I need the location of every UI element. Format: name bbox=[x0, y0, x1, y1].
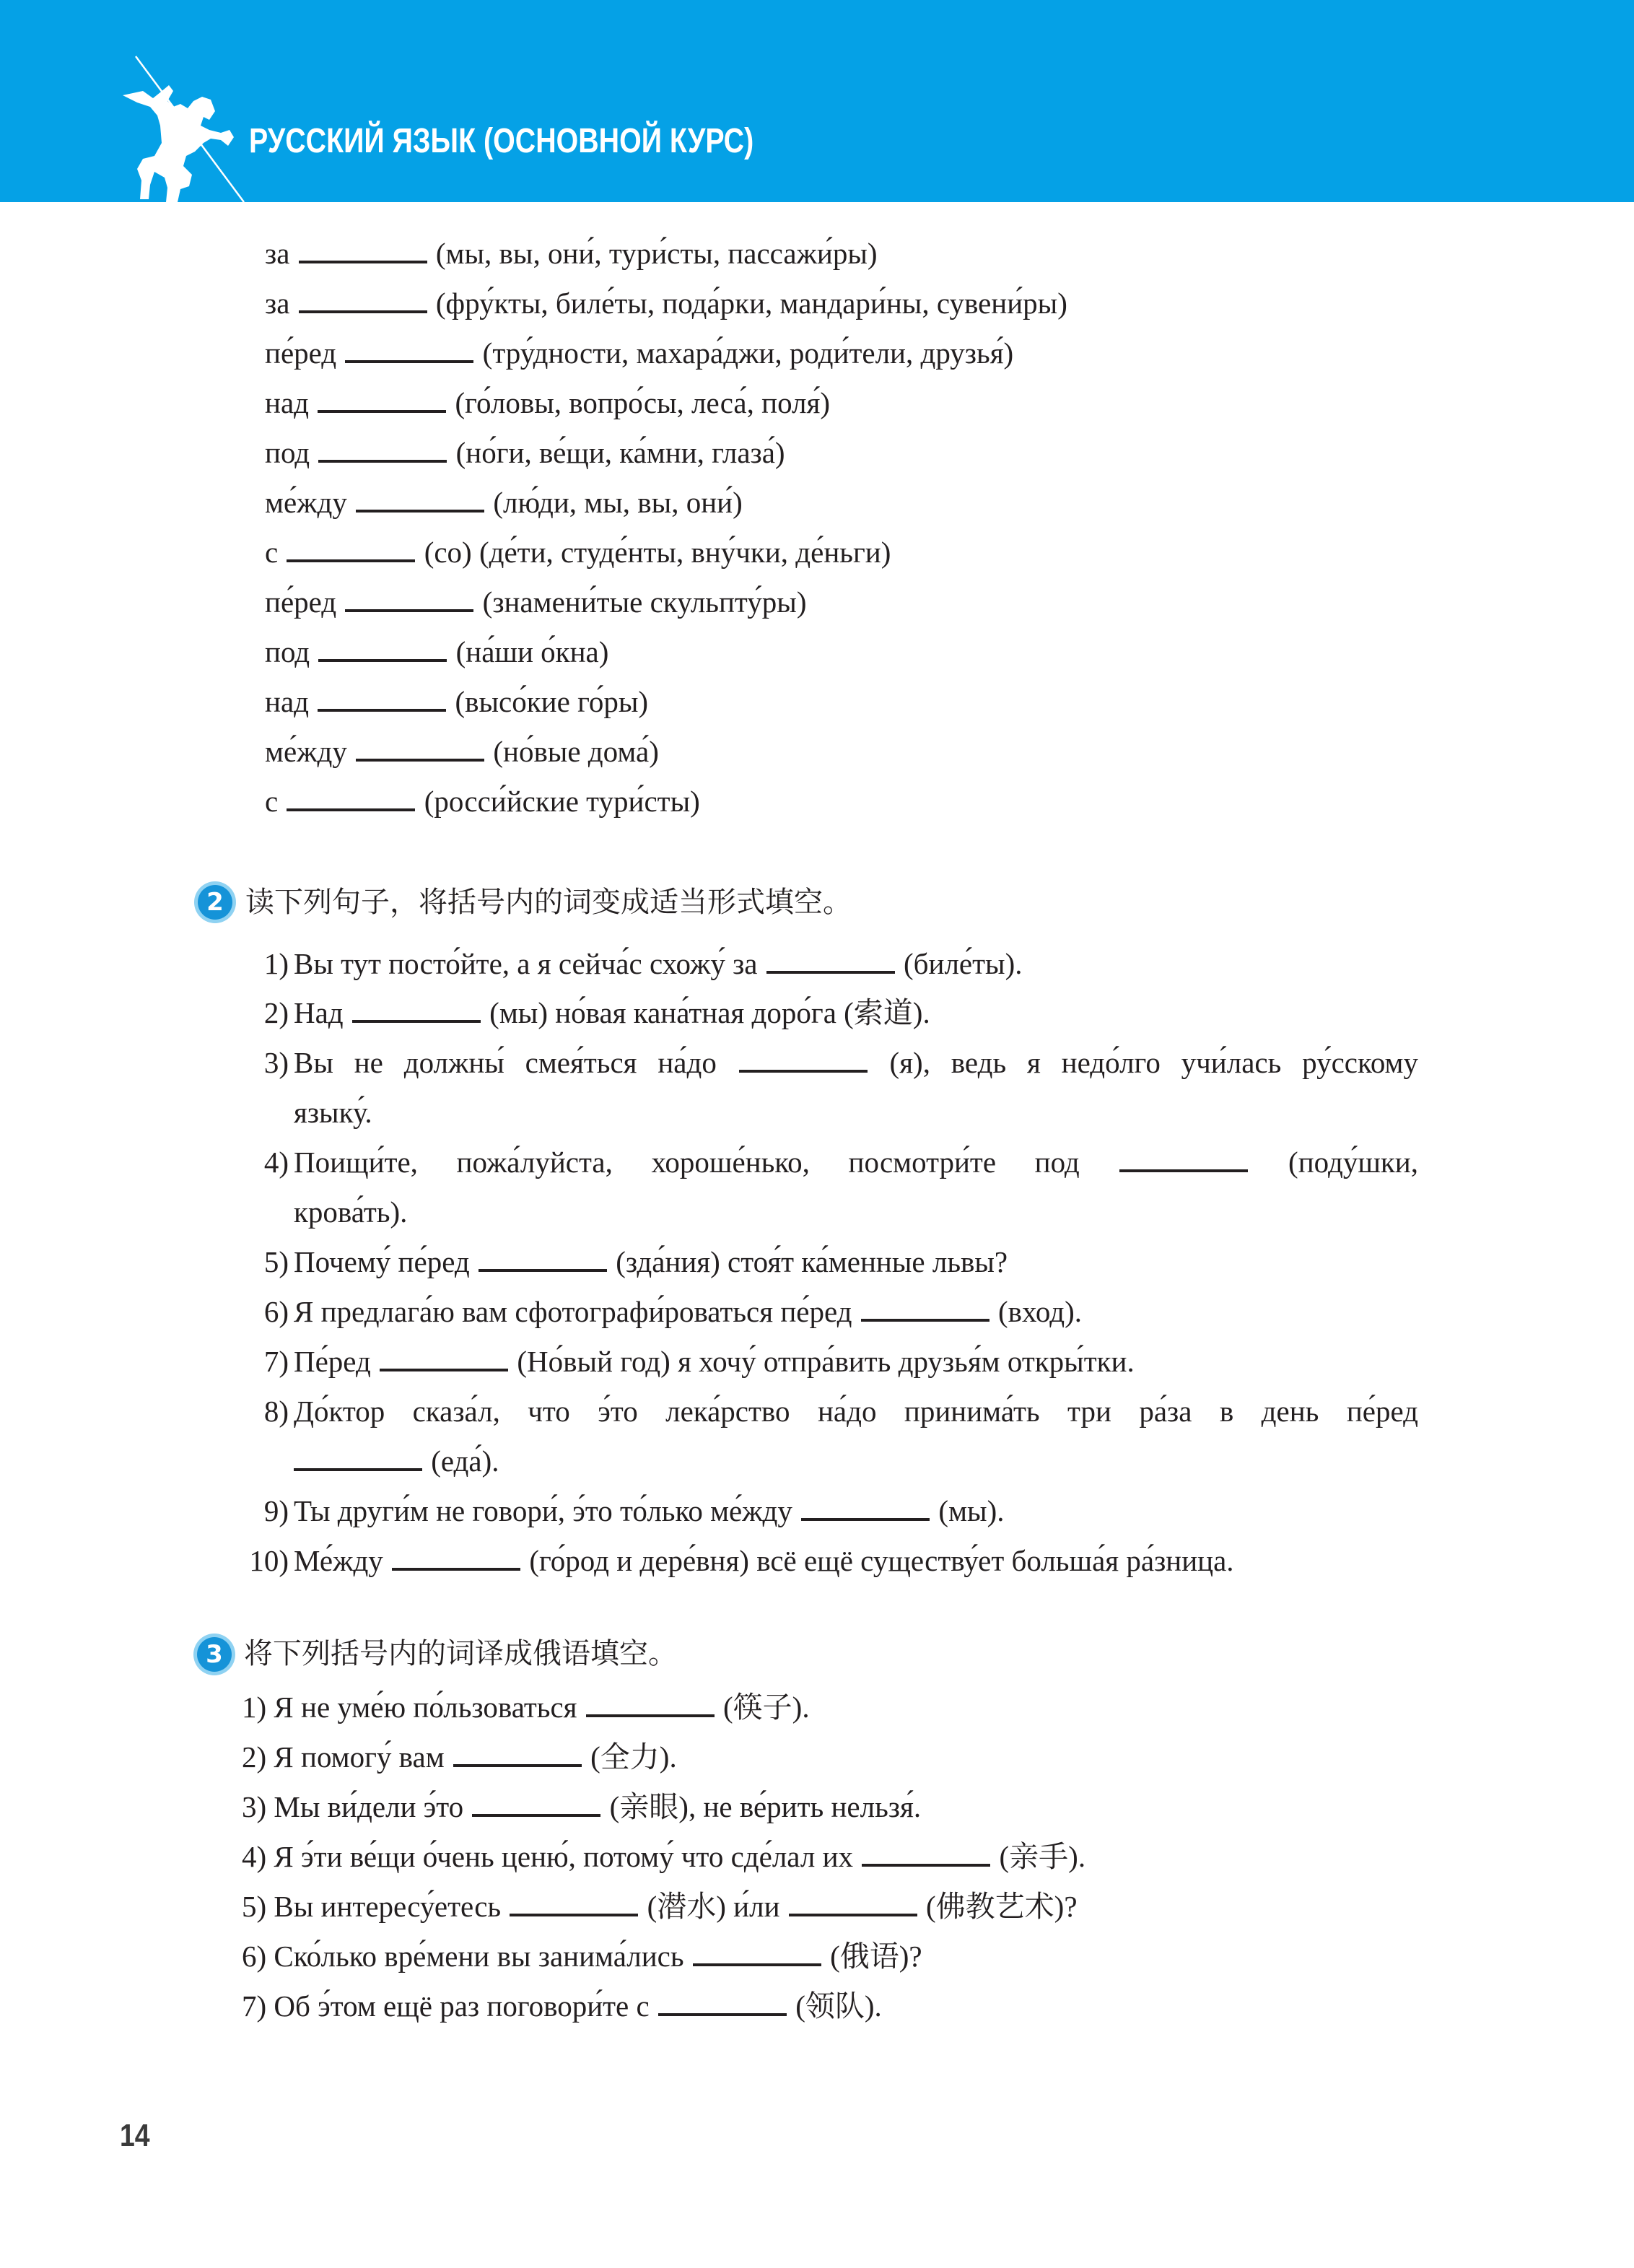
sentence-text: Ты други́м не говори́, э́то то́лько ме́ж… bbox=[294, 1494, 792, 1527]
sentence-hint: (поду́шки, bbox=[1288, 1146, 1418, 1179]
sentence-text: Мы ви́дели э́то bbox=[274, 1790, 463, 1823]
sentence-hint: (Но́вый год) я хочу́ отпра́вить друзья́м… bbox=[517, 1345, 1134, 1378]
sentence-hint: (го́род и дере́вня) всё ещё существу́ет … bbox=[529, 1544, 1233, 1577]
preposition: за bbox=[265, 237, 289, 270]
sentence-text: Я помогу́ вам bbox=[274, 1740, 444, 1774]
word-group: (знамени́тые скульпту́ры) bbox=[483, 585, 807, 619]
word-group: (высо́кие го́ры) bbox=[455, 685, 649, 718]
preposition: ме́жду bbox=[265, 735, 347, 768]
exercise-item: 4) Я э́ти ве́щи о́чень ценю́, потому́ чт… bbox=[242, 1839, 1085, 1875]
word-group: (фру́кты, биле́ты, пода́рки, мандари́ны,… bbox=[436, 287, 1067, 320]
item-number: 10) bbox=[238, 1543, 289, 1579]
answer-blank[interactable] bbox=[287, 559, 415, 562]
sentence-hint: (潜水) и́ли bbox=[647, 1890, 780, 1923]
sentence-hint: (биле́ты). bbox=[904, 947, 1022, 980]
exercise-instruction: 读下列句子，将括号内的词变成适当形式填空。 bbox=[245, 884, 852, 920]
exercise-instruction: 将下列括号内的词译成俄语填空。 bbox=[244, 1636, 677, 1672]
list-item: ме́жду (но́вые дома́) bbox=[265, 733, 659, 769]
sentence-hint: (全力). bbox=[590, 1740, 677, 1774]
book-title: РУССКИЙ ЯЗЫК (ОСНОВНОЙ КУРС) bbox=[249, 121, 753, 161]
exercise-item: 3) Мы ви́дели э́то (亲眼), не ве́рить нель… bbox=[242, 1789, 921, 1825]
list-item: над (высо́кие го́ры) bbox=[265, 684, 648, 720]
answer-blank[interactable] bbox=[299, 310, 427, 313]
word-group: (го́ловы, вопро́сы, леса́, поля́) bbox=[455, 386, 831, 419]
item-number: 7) bbox=[242, 1989, 266, 2023]
sentence-hint: (俄语)? bbox=[830, 1940, 922, 1973]
answer-blank[interactable] bbox=[345, 609, 473, 612]
answer-blank[interactable] bbox=[586, 1714, 715, 1717]
sentence-text: Я предлага́ю вам сфотографи́роваться пе́… bbox=[294, 1295, 852, 1328]
sentence-hint: (佛教艺术)? bbox=[926, 1890, 1078, 1923]
answer-blank[interactable] bbox=[510, 1914, 638, 1916]
sentence-hint: (еда́). bbox=[431, 1444, 499, 1478]
exercise-item: 6) Ско́лько вре́мени вы занима́лись (俄语)… bbox=[242, 1938, 922, 1974]
item-number: 2) bbox=[238, 995, 289, 1031]
sentence-hint: (领队). bbox=[795, 1989, 882, 2023]
list-item: над (го́ловы, вопро́сы, леса́, поля́) bbox=[265, 385, 830, 421]
page-header: РУССКИЙ ЯЗЫК (ОСНОВНОЙ КУРС) bbox=[0, 0, 1634, 202]
exercise-number-badge: 2 bbox=[198, 885, 232, 920]
preposition: над bbox=[265, 386, 309, 419]
answer-blank[interactable] bbox=[862, 1864, 990, 1867]
list-item: за (мы, вы, они́, тури́сты, пассажи́ры) bbox=[265, 235, 878, 271]
sentence-hint: (зда́ния) стоя́т ка́менные львы? bbox=[616, 1245, 1008, 1278]
answer-blank[interactable] bbox=[392, 1568, 520, 1571]
exercise-item: 5) Вы интересу́етесь (潜水) и́ли (佛教艺术)? bbox=[242, 1888, 1078, 1924]
item-number: 1) bbox=[238, 946, 289, 982]
answer-blank[interactable] bbox=[479, 1269, 607, 1272]
preposition: над bbox=[265, 685, 309, 718]
answer-blank[interactable] bbox=[345, 360, 473, 363]
answer-blank[interactable] bbox=[453, 1764, 582, 1767]
sentence-hint: (亲手). bbox=[1000, 1840, 1086, 1873]
exercise-item: 1) Я не уме́ю по́льзоваться (筷子). bbox=[242, 1689, 810, 1725]
answer-blank[interactable] bbox=[380, 1369, 508, 1371]
sentence-text: Над bbox=[294, 996, 344, 1029]
sentence-text: Вы интересу́етесь bbox=[274, 1890, 501, 1923]
word-group: (лю́ди, мы, вы, они́) bbox=[493, 486, 742, 519]
item-number: 4) bbox=[242, 1840, 266, 1873]
sentence-hint: (мы). bbox=[938, 1494, 1004, 1527]
preposition: пе́ред bbox=[265, 585, 336, 619]
answer-blank[interactable] bbox=[356, 759, 484, 762]
list-item: пе́ред (знамени́тые скульпту́ры) bbox=[265, 584, 807, 620]
answer-blank[interactable] bbox=[287, 808, 415, 811]
answer-blank[interactable] bbox=[1119, 1169, 1248, 1172]
answer-blank[interactable] bbox=[318, 410, 446, 413]
sentence-text: Я э́ти ве́щи о́чень ценю́, потому́ что с… bbox=[274, 1840, 853, 1873]
preposition: с bbox=[265, 785, 278, 818]
list-item: за (фру́кты, биле́ты, пода́рки, мандари́… bbox=[265, 285, 1067, 321]
preposition: пе́ред bbox=[265, 336, 336, 370]
answer-blank[interactable] bbox=[318, 659, 447, 662]
item-number: 5) bbox=[238, 1244, 289, 1280]
sentence-hint: (я), ведь я недо́лго учи́лась ру́сскому bbox=[890, 1046, 1418, 1079]
sentence-text: Вы тут посто́йте, а я сейча́с схожу́ за bbox=[294, 947, 758, 980]
sentence-text: До́ктор сказа́л, что э́то лека́рство на́… bbox=[294, 1395, 1418, 1428]
exercise-item: 2) Я помогу́ вам (全力). bbox=[242, 1739, 677, 1775]
word-group: (но́ги, ве́щи, ка́мни, глаза́) bbox=[456, 436, 785, 469]
sentence-hint: (筷子). bbox=[723, 1691, 810, 1724]
word-group: (тру́дности, махара́джи, роди́тели, друз… bbox=[483, 336, 1014, 370]
answer-blank[interactable] bbox=[299, 261, 427, 263]
exercise-item-continuation: языку́. bbox=[294, 1094, 372, 1130]
answer-blank[interactable] bbox=[861, 1319, 989, 1322]
item-number: 8) bbox=[238, 1393, 289, 1429]
answer-blank[interactable] bbox=[801, 1518, 930, 1521]
list-item: с (со) (де́ти, студе́нты, вну́чки, де́нь… bbox=[265, 534, 891, 570]
sentence-text: Я не уме́ю по́льзоваться bbox=[274, 1691, 577, 1724]
answer-blank[interactable] bbox=[318, 460, 447, 463]
answer-blank[interactable] bbox=[352, 1020, 481, 1023]
answer-blank[interactable] bbox=[766, 971, 895, 974]
sentence-hint: (亲眼), не ве́рить нельзя́. bbox=[610, 1790, 921, 1823]
page-number: 14 bbox=[120, 2118, 150, 2154]
word-group: (мы, вы, они́, тури́сты, пассажи́ры) bbox=[436, 237, 878, 270]
preposition: за bbox=[265, 287, 289, 320]
item-number: 6) bbox=[238, 1294, 289, 1330]
preposition: с bbox=[265, 536, 278, 569]
sentence-hint: (вход). bbox=[998, 1295, 1082, 1328]
answer-blank[interactable] bbox=[294, 1468, 422, 1471]
item-number: 4) bbox=[238, 1144, 289, 1180]
preposition: под bbox=[265, 436, 310, 469]
sentence-text: Ме́жду bbox=[294, 1544, 383, 1577]
sentence-text: Поищи́те, пожа́луйста, хороше́нько, посм… bbox=[294, 1146, 1080, 1179]
sentence-text: Об э́том ещё раз поговори́те с bbox=[274, 1989, 649, 2023]
word-group: (росси́йские тури́сты) bbox=[424, 785, 700, 818]
exercise-number-badge: 3 bbox=[197, 1637, 232, 1672]
item-number: 5) bbox=[242, 1890, 266, 1923]
item-number: 2) bbox=[242, 1740, 266, 1774]
exercise-item-continuation: (еда́). bbox=[294, 1443, 499, 1479]
list-item: с (росси́йские тури́сты) bbox=[265, 783, 700, 819]
sentence-text: Пе́ред bbox=[294, 1345, 371, 1378]
sentence-hint: (мы) но́вая кана́тная доро́га (索道). bbox=[489, 996, 930, 1029]
answer-blank[interactable] bbox=[472, 1814, 600, 1817]
list-item: пе́ред (тру́дности, махара́джи, роди́тел… bbox=[265, 335, 1013, 371]
exercise-item: 7) Об э́том ещё раз поговори́те с (领队). bbox=[242, 1988, 882, 2024]
item-number: 3) bbox=[242, 1790, 266, 1823]
word-group: (со) (де́ти, студе́нты, вну́чки, де́ньги… bbox=[424, 536, 891, 569]
preposition: под bbox=[265, 635, 310, 668]
sentence-text: Почему́ пе́ред bbox=[294, 1245, 470, 1278]
list-item: под (на́ши о́кна) bbox=[265, 634, 608, 670]
sentence-text: Вы не должны́ смея́ться на́до bbox=[294, 1046, 717, 1079]
list-item: под (но́ги, ве́щи, ка́мни, глаза́) bbox=[265, 435, 785, 471]
answer-blank[interactable] bbox=[739, 1070, 868, 1073]
word-group: (но́вые дома́) bbox=[493, 735, 659, 768]
answer-blank[interactable] bbox=[356, 510, 484, 513]
item-number: 9) bbox=[238, 1493, 289, 1529]
item-number: 1) bbox=[242, 1691, 266, 1724]
answer-blank[interactable] bbox=[318, 709, 446, 712]
answer-blank[interactable] bbox=[658, 2013, 787, 2016]
word-group: (на́ши о́кна) bbox=[456, 635, 609, 668]
exercise-item-continuation: крова́ть). bbox=[294, 1194, 407, 1230]
answer-blank[interactable] bbox=[789, 1914, 917, 1916]
item-number: 7) bbox=[238, 1343, 289, 1379]
list-item: ме́жду (лю́ди, мы, вы, они́) bbox=[265, 484, 743, 520]
answer-blank[interactable] bbox=[693, 1963, 821, 1966]
sentence-text: Ско́лько вре́мени вы занима́лись bbox=[274, 1940, 683, 1973]
preposition: ме́жду bbox=[265, 486, 347, 519]
item-number: 3) bbox=[238, 1044, 289, 1081]
item-number: 6) bbox=[242, 1940, 266, 1973]
